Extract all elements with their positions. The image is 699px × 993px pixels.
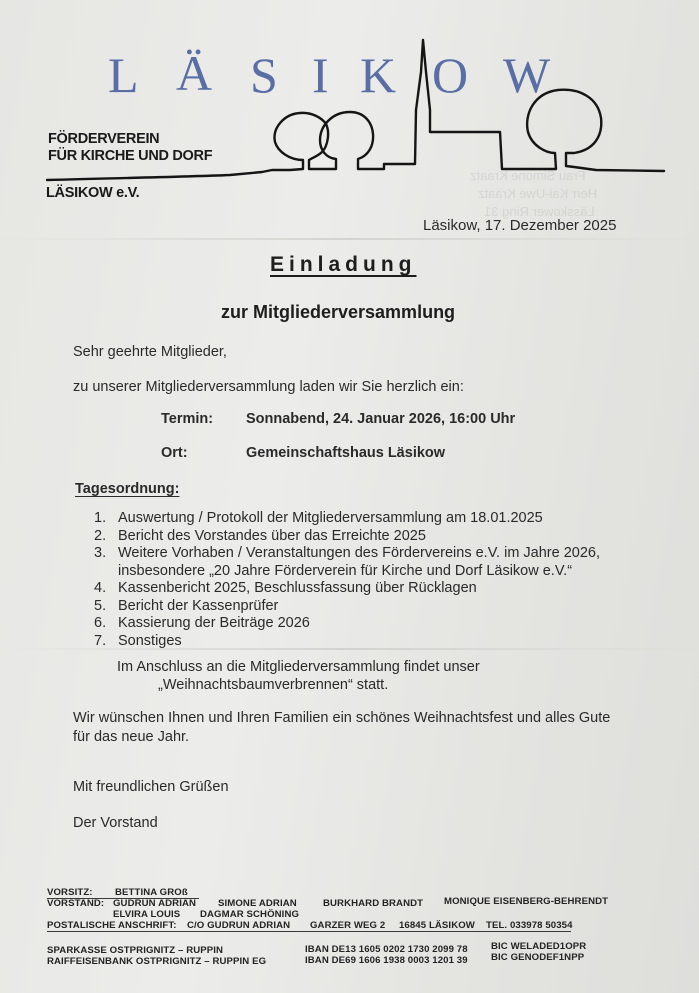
vorstand-member: ELVIRA LOUIS [113,909,180,920]
bank-bic: BIC GENODEF1NPP [491,952,584,963]
agenda-item: 5.Bericht der Kassenprüfer [94,598,600,616]
bank-iban: IBAN DE69 1606 1938 0003 1201 39 [305,955,468,966]
vorstand-member: MONIQUE EISENBERG-BEHRENDT [444,896,608,907]
agenda-item: 4.Kassenbericht 2025, Beschlussfassung ü… [94,580,600,598]
bank-name: RAIFFEISENBANK OSTPRIGNITZ – RUPPIN EG [47,956,266,967]
bank-bic: BIC WELADED1OPR [491,941,586,952]
closing: Mit freundlichen Grüßen [73,779,229,795]
signature: Der Vorstand [73,815,158,831]
vorstand-member: BURKHARD BRANDT [323,898,423,909]
vorstand-member: SIMONE ADRIAN [218,898,297,909]
vorstand-label: VORSTAND: [47,898,104,909]
org-name-line2: FÜR KIRCHE UND DORF [48,148,212,164]
note-line1: Im Anschluss an die Mitgliederversammlun… [117,659,480,675]
org-name-line1: FÖRDERVEREIN [48,131,159,147]
salutation: Sehr geehrte Mitglieder, [73,344,227,360]
termin-value: Sonnabend, 24. Januar 2026, 16:00 Uhr [246,411,515,427]
termin-label: Termin: [161,411,213,427]
page-subtitle: zur Mitgliederversammlung [221,302,455,323]
paper-fold [0,238,699,240]
ort-value: Gemeinschaftshaus Läsikow [246,445,445,461]
org-name-line3: LÄSIKOW e.V. [46,185,139,201]
vorstand-member: GUDRUN ADRIAN [113,898,196,909]
letter-page: Frau Simone Kraatz Herr Kai-Uwe Kraatz L… [0,0,699,993]
agenda-item: 2.Bericht des Vorstandes über das Erreic… [94,528,600,546]
ort-label: Ort: [161,445,188,461]
church-trees-logo-icon [0,0,699,200]
agenda-item: 3.Weitere Vorhaben / Veranstaltungen des… [94,545,600,580]
agenda-item: 1.Auswertung / Protokoll der Mitgliederv… [94,510,600,528]
note-line2: „Weihnachtsbaumverbrennen“ statt. [158,677,388,693]
date-line: Läsikow, 17. Dezember 2025 [423,217,616,234]
wishes-line2: für das neue Jahr. [73,729,189,745]
address-row: POSTALISCHE ANSCHRIFT: C/O GUDRUN ADRIAN… [47,920,571,932]
agenda-item: 6.Kassierung der Beiträge 2026 [94,615,600,633]
wishes-line1: Wir wünschen Ihnen und Ihren Familien ei… [73,710,610,726]
bank-iban: IBAN DE13 1605 0202 1730 2099 78 [305,944,468,955]
agenda-heading: Tagesordnung: [75,481,179,497]
page-title: Einladung [270,253,417,277]
agenda-item: 7.Sonstiges [94,633,600,651]
intro-text: zu unserer Mitgliederversammlung laden w… [73,379,464,395]
vorstand-member: DAGMAR SCHÖNING [200,909,299,920]
bank-name: SPARKASSE OSTPRIGNITZ – RUPPIN [47,945,223,956]
agenda-list: 1.Auswertung / Protokoll der Mitgliederv… [94,510,600,650]
